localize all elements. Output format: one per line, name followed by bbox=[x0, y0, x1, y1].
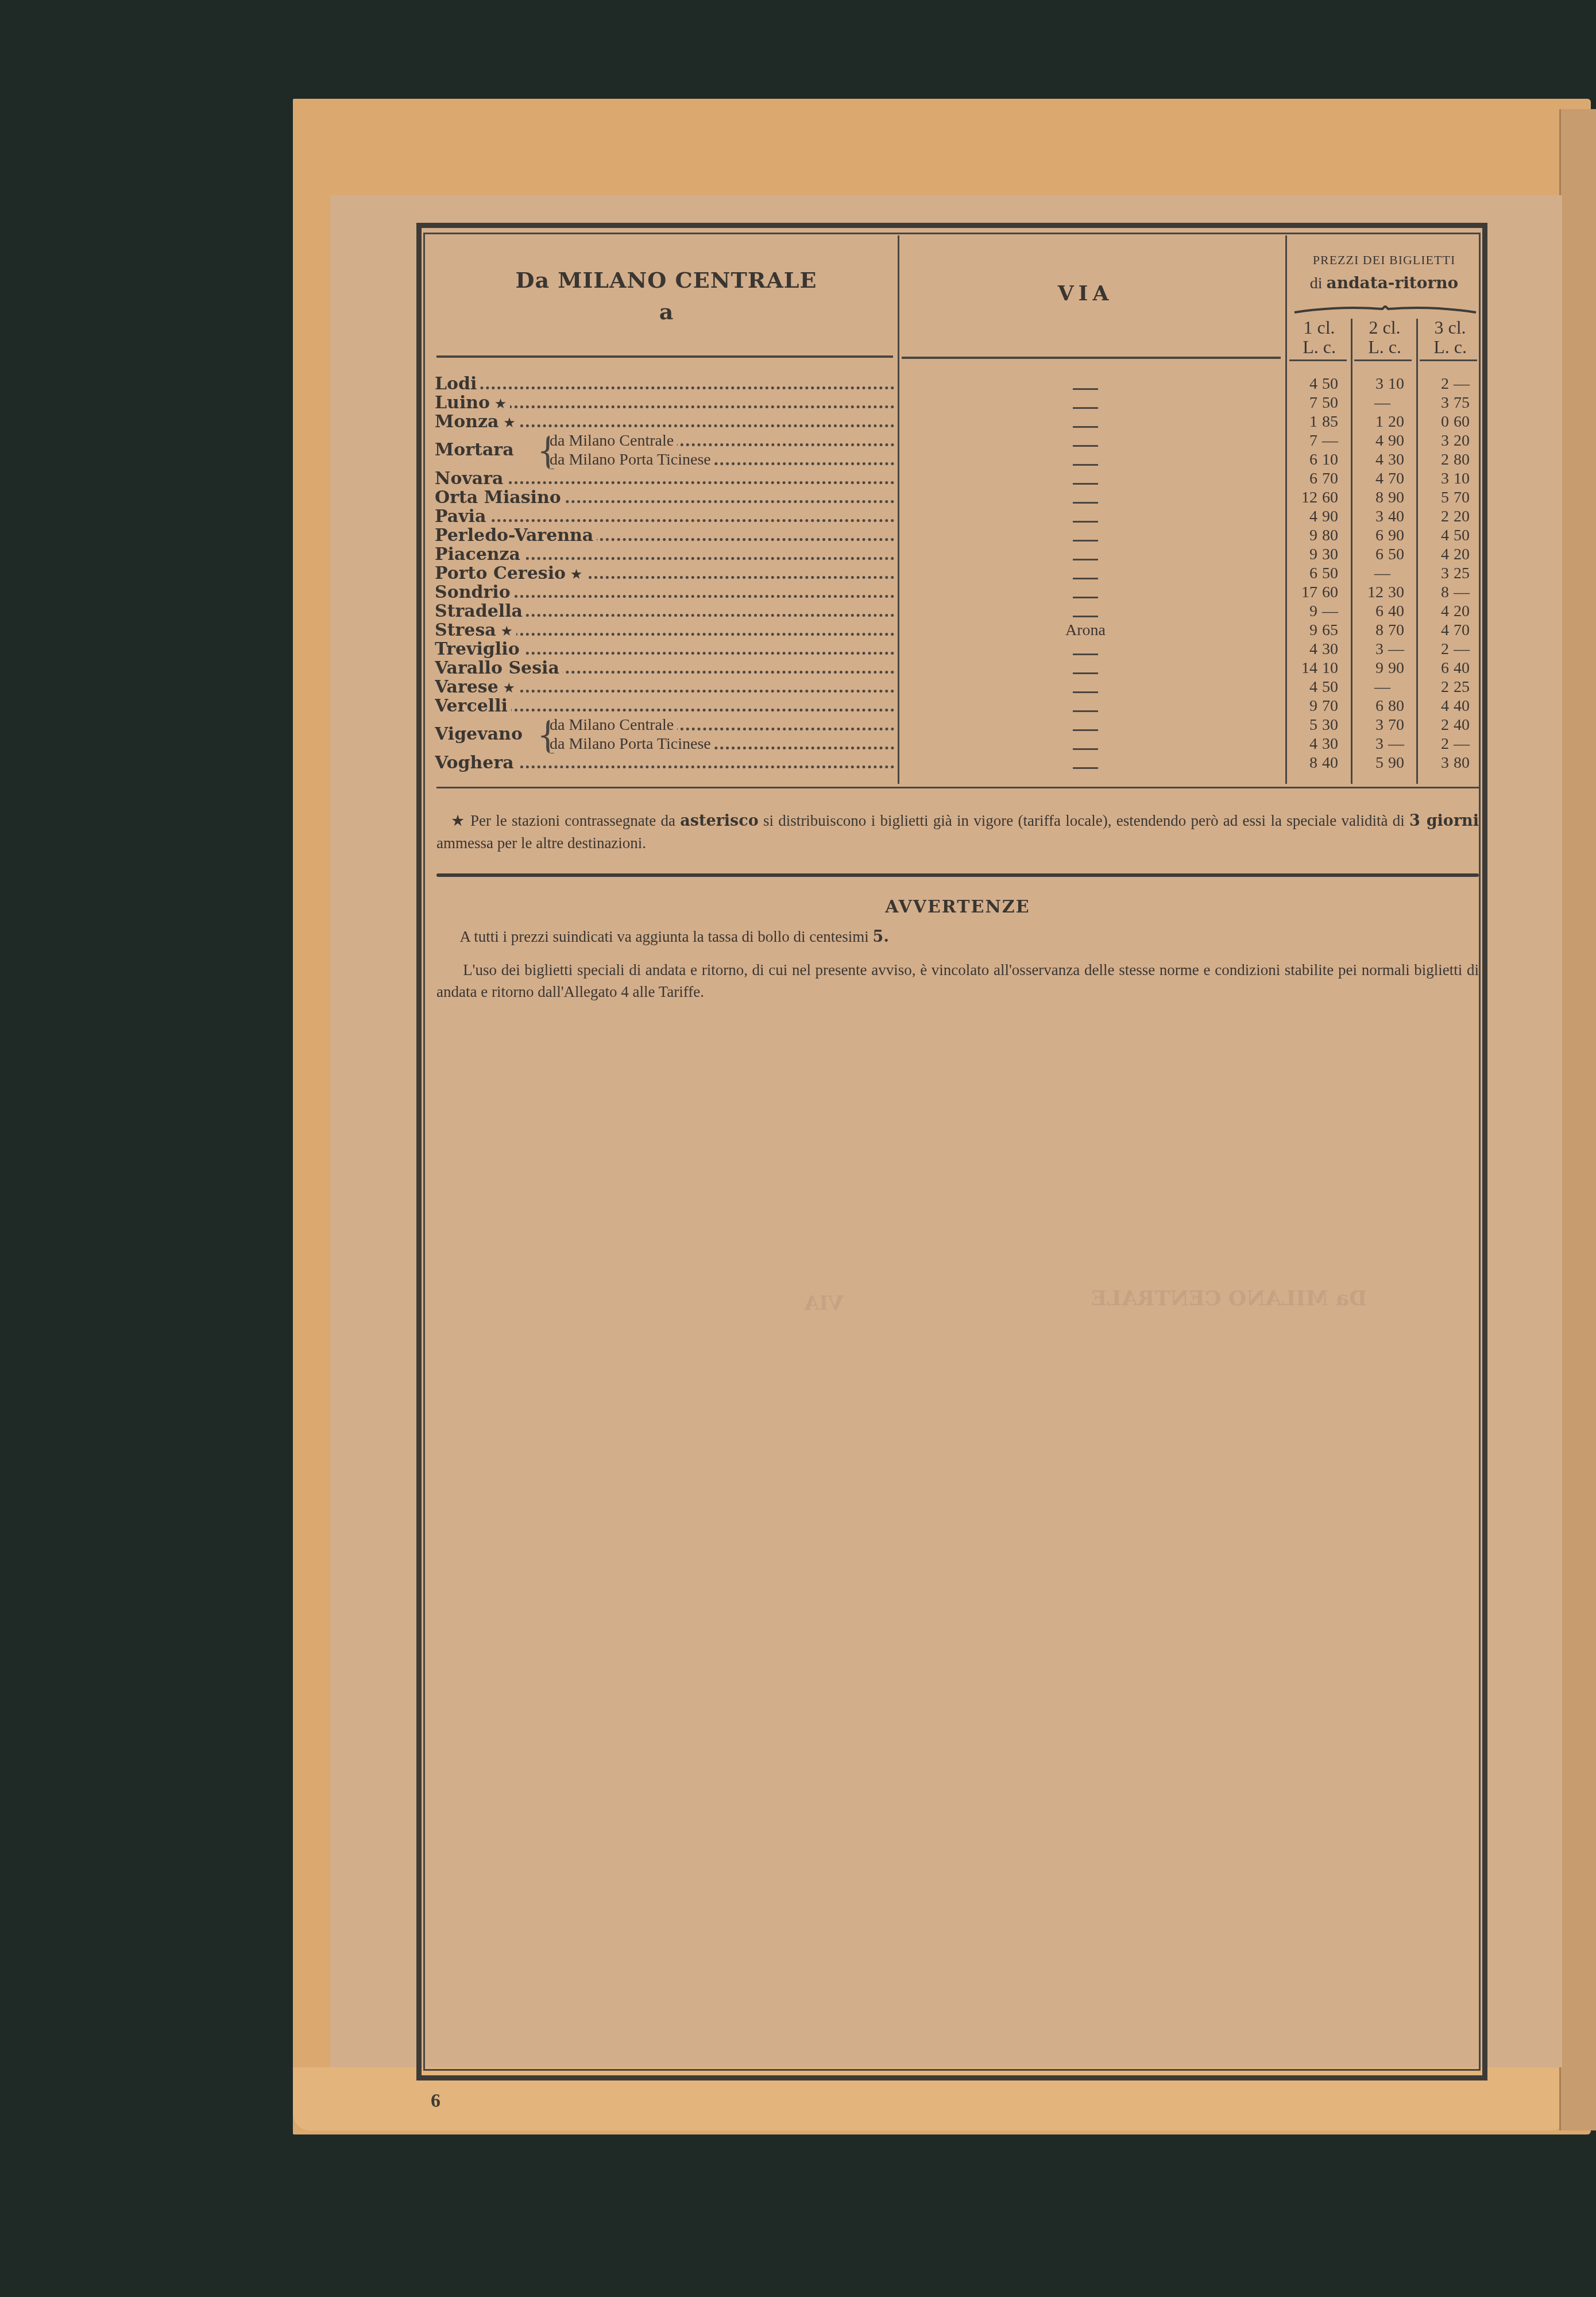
price-lire: 5 bbox=[1288, 716, 1317, 734]
destination-cell: Piacenza bbox=[435, 545, 894, 564]
price-centesimi: 70 bbox=[1317, 469, 1351, 488]
price-lire: 9 bbox=[1288, 545, 1317, 564]
table-row: Novara670470310 bbox=[435, 469, 1474, 488]
via-cell bbox=[905, 507, 1266, 526]
price-centesimi: 30 bbox=[1317, 716, 1351, 734]
price-centesimi: — bbox=[1384, 640, 1417, 659]
price-centesimi: 30 bbox=[1317, 545, 1351, 564]
price-centesimi: 70 bbox=[1449, 621, 1482, 640]
price-lire: 6 bbox=[1288, 564, 1317, 583]
table-row: Vigevano}da Milano Centraleda Milano Por… bbox=[435, 716, 1474, 753]
destination-header: Da MILANO CENTRALE a bbox=[436, 241, 896, 362]
price-lire: 9 bbox=[1288, 697, 1317, 716]
price-centesimi: 80 bbox=[1449, 450, 1482, 469]
header-rule bbox=[902, 357, 1281, 359]
price-cell: 470 bbox=[1354, 469, 1417, 488]
price-centesimi: 20 bbox=[1449, 431, 1482, 450]
price-cell: 120 bbox=[1354, 412, 1417, 431]
price-cell: 325 bbox=[1419, 564, 1482, 583]
price-lire: — bbox=[1354, 564, 1411, 583]
price-cell: 430 bbox=[1288, 734, 1351, 753]
dash-mark bbox=[1073, 502, 1098, 504]
destination-name: Varallo Sesia bbox=[435, 659, 563, 678]
price-centesimi: 70 bbox=[1449, 488, 1482, 507]
price-centesimi: 10 bbox=[1317, 659, 1351, 678]
via-cell bbox=[905, 469, 1266, 488]
price-lire: 7 bbox=[1288, 431, 1317, 450]
avvertenze-paragraph-2: L'uso dei biglietti speciali di andata e… bbox=[436, 959, 1479, 1003]
price-lire: 6 bbox=[1354, 602, 1384, 621]
price-centesimi: 80 bbox=[1384, 697, 1417, 716]
price-lire: 2 bbox=[1419, 640, 1449, 659]
table-row: Monza ★185120060 bbox=[435, 412, 1474, 431]
price-centesimi: 50 bbox=[1384, 545, 1417, 564]
price-lire: 4 bbox=[1419, 545, 1449, 564]
price-cell: 3— bbox=[1354, 640, 1417, 659]
destination-name: Sondrio bbox=[435, 583, 514, 602]
fare-table: Lodi4503102—Luino ★750—375Monza ★1851200… bbox=[435, 374, 1474, 772]
price-cell: 420 bbox=[1419, 602, 1482, 621]
price-lire: 6 bbox=[1419, 659, 1449, 678]
via-cell bbox=[905, 412, 1266, 431]
table-row: Vercelli970680440 bbox=[435, 697, 1474, 716]
price-cell: 320 bbox=[1419, 431, 1482, 450]
price-centesimi: — bbox=[1317, 602, 1351, 621]
class-1-header: 1 cl.L. c. bbox=[1288, 318, 1351, 357]
price-centesimi: — bbox=[1449, 640, 1482, 659]
via-cell bbox=[905, 374, 1266, 393]
price-centesimi: 90 bbox=[1384, 488, 1417, 507]
price-lire: 6 bbox=[1354, 697, 1384, 716]
price-cell: 680 bbox=[1354, 697, 1417, 716]
price-cell: 450 bbox=[1419, 526, 1482, 545]
dash-mark bbox=[1073, 445, 1098, 447]
table-row: Pavia490340220 bbox=[435, 507, 1474, 526]
price-centesimi: 70 bbox=[1384, 716, 1417, 734]
price-lire: 12 bbox=[1354, 583, 1384, 602]
price-cell: 310 bbox=[1354, 374, 1417, 393]
destination-name: Stresa ★ bbox=[435, 621, 516, 640]
price-lire: 3 bbox=[1419, 564, 1449, 583]
price-centesimi: — bbox=[1449, 374, 1482, 393]
price-lire: 8 bbox=[1354, 488, 1384, 507]
price-lire: 4 bbox=[1354, 469, 1384, 488]
price-cell: 1230 bbox=[1354, 583, 1417, 602]
price-centesimi: 20 bbox=[1384, 412, 1417, 431]
price-lire: 2 bbox=[1419, 450, 1449, 469]
price-lire: 12 bbox=[1288, 488, 1317, 507]
price-lire: 3 bbox=[1419, 469, 1449, 488]
price-cell: 310 bbox=[1419, 469, 1482, 488]
price-lire: — bbox=[1354, 393, 1411, 412]
price-centesimi: 50 bbox=[1317, 678, 1351, 697]
asterisk-star-icon: ★ bbox=[498, 680, 515, 696]
price-centesimi: 40 bbox=[1384, 507, 1417, 526]
price-lire: 3 bbox=[1354, 640, 1384, 659]
price-cell: 340 bbox=[1354, 507, 1417, 526]
price-cell: 430 bbox=[1288, 640, 1351, 659]
via-cell bbox=[905, 526, 1266, 545]
price-cell: — bbox=[1354, 393, 1417, 412]
price-centesimi: 90 bbox=[1317, 507, 1351, 526]
destination-cell: Varese ★ bbox=[435, 678, 894, 697]
price-centesimi: 40 bbox=[1449, 697, 1482, 716]
price-centesimi: 50 bbox=[1317, 393, 1351, 412]
price-centesimi: 10 bbox=[1317, 450, 1351, 469]
price-cell: 440 bbox=[1419, 697, 1482, 716]
table-row: Orta Miasino1260890570 bbox=[435, 488, 1474, 507]
price-cell: 2— bbox=[1419, 640, 1482, 659]
price-centesimi: 40 bbox=[1384, 602, 1417, 621]
price-centesimi: 30 bbox=[1317, 640, 1351, 659]
dash-mark bbox=[1073, 748, 1098, 750]
price-cell: 670 bbox=[1288, 469, 1351, 488]
destination-name: Novara bbox=[435, 469, 507, 488]
destination-name: Perledo-Varenna bbox=[435, 526, 597, 545]
dash-mark bbox=[1073, 597, 1098, 598]
asterisk-footnote: ★ Per le stazioni contrassegnate da aste… bbox=[436, 810, 1479, 854]
price-lire: 6 bbox=[1354, 545, 1384, 564]
dash-mark bbox=[1073, 521, 1098, 523]
price-lire: 4 bbox=[1419, 621, 1449, 640]
table-row: Voghera840590380 bbox=[435, 753, 1474, 772]
destination-name: Orta Miasino bbox=[435, 488, 565, 507]
price-centesimi: 30 bbox=[1317, 734, 1351, 753]
price-centesimi: — bbox=[1449, 583, 1482, 602]
table-row: Piacenza930650420 bbox=[435, 545, 1474, 564]
via-cell bbox=[905, 734, 1266, 753]
price-cell: 420 bbox=[1419, 545, 1482, 564]
price-centesimi: 90 bbox=[1384, 526, 1417, 545]
price-lire: 2 bbox=[1419, 507, 1449, 526]
price-cell: 1760 bbox=[1288, 583, 1351, 602]
price-lire: 4 bbox=[1419, 697, 1449, 716]
price-cell: 220 bbox=[1419, 507, 1482, 526]
price-centesimi: 90 bbox=[1384, 753, 1417, 772]
price-centesimi: 60 bbox=[1449, 412, 1482, 431]
price-lire: 3 bbox=[1419, 393, 1449, 412]
price-cell: 3— bbox=[1354, 734, 1417, 753]
destination-cell: Perledo-Varenna bbox=[435, 526, 894, 545]
price-cell: 1260 bbox=[1288, 488, 1351, 507]
booklet-spine bbox=[1559, 109, 1596, 2130]
price-lire: 4 bbox=[1419, 526, 1449, 545]
price-cell: 490 bbox=[1288, 507, 1351, 526]
price-centesimi: 50 bbox=[1317, 564, 1351, 583]
destination-name: Vercelli bbox=[435, 697, 511, 716]
price-cell: 450 bbox=[1288, 678, 1351, 697]
price-cell: 870 bbox=[1354, 621, 1417, 640]
destination-name: Pavia bbox=[435, 507, 489, 526]
page-number: 6 bbox=[431, 2090, 440, 2112]
table-row: Lodi4503102— bbox=[435, 374, 1474, 393]
table-row: Luino ★750—375 bbox=[435, 393, 1474, 412]
destination-cell: Pavia bbox=[435, 507, 894, 526]
destination-cell: Sondrio bbox=[435, 583, 894, 602]
dash-mark bbox=[1073, 483, 1098, 485]
table-row: Perledo-Varenna980690450 bbox=[435, 526, 1474, 545]
price-cell: 990 bbox=[1354, 659, 1417, 678]
destination-cell: Orta Miasino bbox=[435, 488, 894, 507]
price-cell: 650 bbox=[1354, 545, 1417, 564]
via-text: Arona bbox=[1065, 621, 1106, 639]
price-lire: 6 bbox=[1288, 469, 1317, 488]
price-cell: — bbox=[1354, 564, 1417, 583]
price-centesimi: 70 bbox=[1384, 469, 1417, 488]
price-lire: 4 bbox=[1288, 374, 1317, 393]
avvertenze-title: AVVERTENZE bbox=[436, 897, 1479, 917]
table-row: Varallo Sesia1410990640 bbox=[435, 659, 1474, 678]
destination-cell: Varallo Sesia bbox=[435, 659, 894, 678]
price-centesimi: 50 bbox=[1317, 374, 1351, 393]
price-centesimi: 20 bbox=[1449, 602, 1482, 621]
price-centesimi: 25 bbox=[1449, 564, 1482, 583]
decorative-swash bbox=[1293, 306, 1477, 314]
via-cell bbox=[905, 583, 1266, 602]
table-row: Treviglio4303—2— bbox=[435, 640, 1474, 659]
dot-leader bbox=[435, 386, 894, 389]
price-cell: 9— bbox=[1288, 602, 1351, 621]
header-rule bbox=[1420, 359, 1477, 361]
price-cell: 185 bbox=[1288, 412, 1351, 431]
price-centesimi: 40 bbox=[1317, 753, 1351, 772]
dash-mark bbox=[1073, 578, 1098, 579]
price-cell: 690 bbox=[1354, 526, 1417, 545]
price-centesimi: 90 bbox=[1384, 659, 1417, 678]
price-centesimi: 70 bbox=[1317, 697, 1351, 716]
price-cell: 430 bbox=[1354, 450, 1417, 469]
table-row: Sondrio176012308— bbox=[435, 583, 1474, 602]
price-cell: 2— bbox=[1419, 374, 1482, 393]
price-cell: 840 bbox=[1288, 753, 1351, 772]
dash-mark bbox=[1073, 559, 1098, 560]
price-cell: 060 bbox=[1419, 412, 1482, 431]
price-cell: 240 bbox=[1419, 716, 1482, 734]
destination-name: Lodi bbox=[435, 374, 480, 393]
origin-station: da Milano Centrale bbox=[550, 716, 677, 734]
price-lire: 4 bbox=[1288, 507, 1317, 526]
price-cell: — bbox=[1354, 678, 1417, 697]
origin-station: da Milano Porta Ticinese bbox=[550, 735, 714, 753]
price-centesimi: 20 bbox=[1449, 545, 1482, 564]
price-centesimi: 90 bbox=[1384, 431, 1417, 450]
destination-cell: Porto Ceresio ★ bbox=[435, 564, 894, 583]
price-lire: 6 bbox=[1288, 450, 1317, 469]
price-cell: 930 bbox=[1288, 545, 1351, 564]
table-row: Varese ★450—225 bbox=[435, 678, 1474, 697]
via-cell: Arona bbox=[905, 621, 1266, 640]
price-lire: 3 bbox=[1419, 431, 1449, 450]
price-centesimi: 10 bbox=[1384, 374, 1417, 393]
price-cell: 2— bbox=[1419, 734, 1482, 753]
dash-mark bbox=[1073, 672, 1098, 674]
destination-subtitle: a bbox=[436, 299, 896, 324]
via-cell bbox=[905, 697, 1266, 716]
price-centesimi: 10 bbox=[1449, 469, 1482, 488]
price-lire: 3 bbox=[1354, 507, 1384, 526]
dash-mark bbox=[1073, 710, 1098, 712]
price-centesimi: 25 bbox=[1449, 678, 1482, 697]
dash-mark bbox=[1073, 729, 1098, 731]
dash-mark bbox=[1073, 407, 1098, 409]
price-cell: 970 bbox=[1288, 697, 1351, 716]
via-cell bbox=[905, 488, 1266, 507]
dash-mark bbox=[1073, 426, 1098, 428]
header-rule bbox=[1354, 359, 1412, 361]
destination-name: Porto Ceresio ★ bbox=[435, 564, 586, 583]
destination-name: Monza ★ bbox=[435, 412, 519, 431]
via-cell bbox=[905, 450, 1266, 469]
price-lire: 2 bbox=[1419, 716, 1449, 734]
price-cell: 530 bbox=[1288, 716, 1351, 734]
destination-cell: Novara bbox=[435, 469, 894, 488]
price-cell: 980 bbox=[1288, 526, 1351, 545]
price-lire: 1 bbox=[1354, 412, 1384, 431]
header-rule bbox=[436, 355, 893, 358]
header-rule bbox=[1289, 359, 1347, 361]
price-lire: 6 bbox=[1354, 526, 1384, 545]
price-lire: 2 bbox=[1419, 734, 1449, 753]
dash-mark bbox=[1073, 691, 1098, 693]
price-lire: — bbox=[1354, 678, 1411, 697]
origin-station: da Milano Centrale bbox=[550, 432, 677, 450]
via-header: VIA bbox=[905, 281, 1266, 306]
dash-mark bbox=[1073, 653, 1098, 655]
price-cell: 610 bbox=[1288, 450, 1351, 469]
price-lire: 9 bbox=[1288, 526, 1317, 545]
price-centesimi: 60 bbox=[1317, 583, 1351, 602]
price-centesimi: 30 bbox=[1384, 583, 1417, 602]
price-centesimi: — bbox=[1384, 734, 1417, 753]
dash-mark bbox=[1073, 767, 1098, 769]
price-cell: 7— bbox=[1288, 431, 1351, 450]
via-cell bbox=[905, 545, 1266, 564]
destination-cell: Stresa ★ bbox=[435, 621, 894, 640]
price-cell: 470 bbox=[1419, 621, 1482, 640]
destination-name: Piacenza bbox=[435, 545, 524, 564]
destination-name: Treviglio bbox=[435, 640, 523, 659]
price-centesimi: 30 bbox=[1384, 450, 1417, 469]
price-lire: 8 bbox=[1419, 583, 1449, 602]
price-centesimi: 80 bbox=[1317, 526, 1351, 545]
price-centesimi: 40 bbox=[1449, 716, 1482, 734]
prices-subtitle: di andata-ritorno bbox=[1286, 273, 1482, 293]
destination-cell: Lodi bbox=[435, 374, 894, 393]
price-cell: 370 bbox=[1354, 716, 1417, 734]
price-lire: 4 bbox=[1288, 734, 1317, 753]
via-cell bbox=[905, 716, 1266, 734]
price-lire: 5 bbox=[1419, 488, 1449, 507]
destination-cell: Treviglio bbox=[435, 640, 894, 659]
via-cell bbox=[905, 602, 1266, 621]
price-lire: 2 bbox=[1419, 678, 1449, 697]
price-lire: 9 bbox=[1354, 659, 1384, 678]
section-divider bbox=[436, 873, 1479, 877]
destination-title: Da MILANO CENTRALE bbox=[436, 267, 896, 293]
table-row: Mortara}da Milano Centraleda Milano Port… bbox=[435, 431, 1474, 469]
price-cell: 750 bbox=[1288, 393, 1351, 412]
price-lire: 3 bbox=[1354, 374, 1384, 393]
price-centesimi: 70 bbox=[1384, 621, 1417, 640]
price-cell: 890 bbox=[1354, 488, 1417, 507]
dot-leader bbox=[435, 519, 894, 522]
price-cell: 450 bbox=[1288, 374, 1351, 393]
destination-name: Luino ★ bbox=[435, 393, 510, 412]
dash-mark bbox=[1073, 616, 1098, 617]
price-cell: 375 bbox=[1419, 393, 1482, 412]
price-centesimi: 85 bbox=[1317, 412, 1351, 431]
dash-mark bbox=[1073, 388, 1098, 390]
price-cell: 570 bbox=[1419, 488, 1482, 507]
price-centesimi: 60 bbox=[1317, 488, 1351, 507]
destination-name: Stradella bbox=[435, 602, 526, 621]
price-cell: 8— bbox=[1419, 583, 1482, 602]
price-centesimi: 65 bbox=[1317, 621, 1351, 640]
class-3-header: 3 cl.L. c. bbox=[1419, 318, 1482, 357]
destination-cell: Vercelli bbox=[435, 697, 894, 716]
price-lire: 8 bbox=[1354, 621, 1384, 640]
price-centesimi: — bbox=[1449, 734, 1482, 753]
price-lire: 4 bbox=[1354, 450, 1384, 469]
via-cell bbox=[905, 393, 1266, 412]
table-row: Porto Ceresio ★650—325 bbox=[435, 564, 1474, 583]
dash-mark bbox=[1073, 464, 1098, 466]
origin-station: da Milano Porta Ticinese bbox=[550, 451, 714, 469]
price-cell: 640 bbox=[1354, 602, 1417, 621]
via-cell bbox=[905, 753, 1266, 772]
price-cell: 280 bbox=[1419, 450, 1482, 469]
class-2-header: 2 cl.L. c. bbox=[1353, 318, 1416, 357]
price-lire: 14 bbox=[1288, 659, 1317, 678]
price-centesimi: 75 bbox=[1449, 393, 1482, 412]
asterisk-star-icon: ★ bbox=[499, 415, 516, 431]
price-cell: 380 bbox=[1419, 753, 1482, 772]
price-lire: 8 bbox=[1288, 753, 1317, 772]
destination-name: Voghera bbox=[435, 753, 517, 772]
price-lire: 9 bbox=[1288, 621, 1317, 640]
dash-mark bbox=[1073, 540, 1098, 542]
price-centesimi: 20 bbox=[1449, 507, 1482, 526]
price-lire: 17 bbox=[1288, 583, 1317, 602]
price-cell: 965 bbox=[1288, 621, 1351, 640]
price-lire: 4 bbox=[1288, 678, 1317, 697]
price-lire: 5 bbox=[1354, 753, 1384, 772]
price-lire: 3 bbox=[1354, 734, 1384, 753]
destination-cell: Stradella bbox=[435, 602, 894, 621]
via-cell bbox=[905, 678, 1266, 697]
price-cell: 225 bbox=[1419, 678, 1482, 697]
price-centesimi: 50 bbox=[1449, 526, 1482, 545]
price-cell: 590 bbox=[1354, 753, 1417, 772]
price-centesimi: — bbox=[1317, 431, 1351, 450]
price-lire: 7 bbox=[1288, 393, 1317, 412]
price-cell: 640 bbox=[1419, 659, 1482, 678]
price-lire: 2 bbox=[1419, 374, 1449, 393]
price-lire: 4 bbox=[1354, 431, 1384, 450]
destination-name: Varese ★ bbox=[435, 678, 519, 697]
asterisk-star-icon: ★ bbox=[566, 566, 582, 582]
price-centesimi: 80 bbox=[1449, 753, 1482, 772]
price-centesimi: 40 bbox=[1449, 659, 1482, 678]
table-row: Stresa ★Arona965870470 bbox=[435, 621, 1474, 640]
via-cell bbox=[905, 640, 1266, 659]
asterisk-star-icon: ★ bbox=[490, 396, 507, 412]
prices-header: PREZZI DEI BIGLIETTI di andata-ritorno bbox=[1286, 253, 1482, 293]
price-lire: 3 bbox=[1419, 753, 1449, 772]
price-lire: 4 bbox=[1419, 602, 1449, 621]
price-lire: 0 bbox=[1419, 412, 1449, 431]
via-cell bbox=[905, 431, 1266, 450]
